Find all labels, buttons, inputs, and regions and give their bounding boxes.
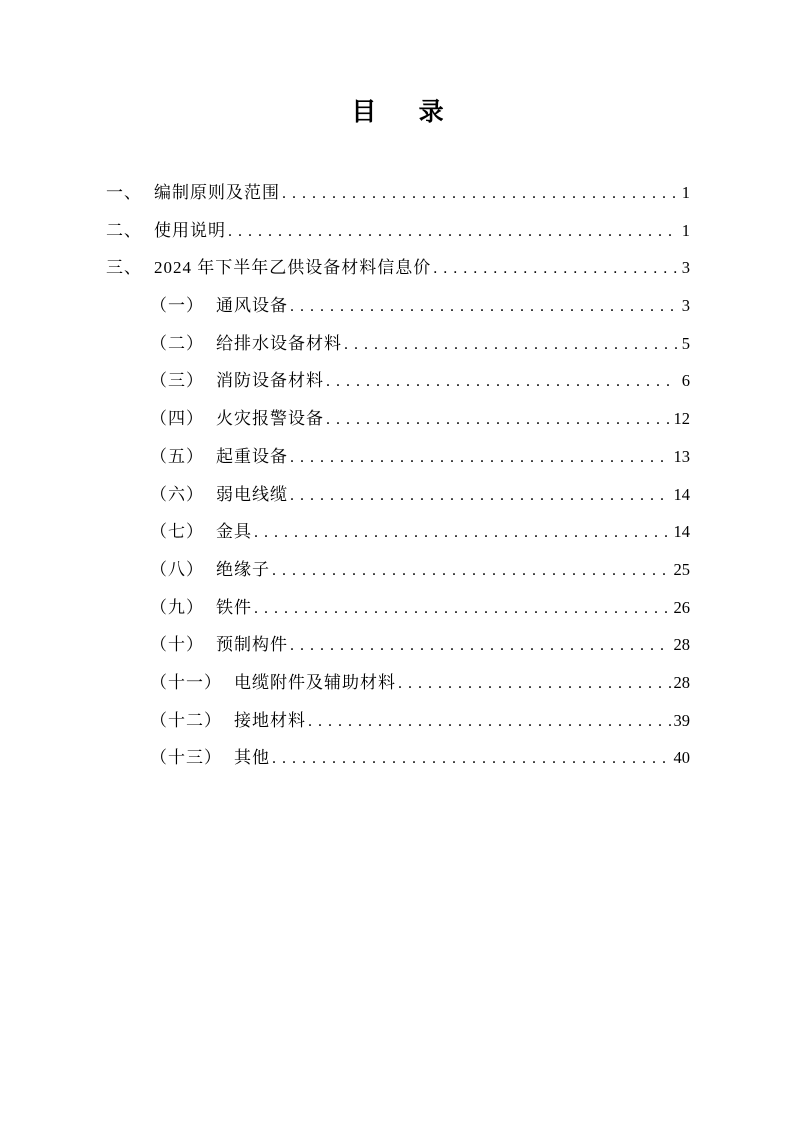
toc-entry-number: 二、 — [106, 212, 142, 250]
toc-dot-leader — [290, 477, 671, 515]
toc-entry[interactable]: （九） 铁件 26 — [106, 589, 690, 627]
toc-dot-leader — [344, 326, 677, 364]
toc-entry-label: 铁件 — [216, 589, 252, 627]
toc-entry-number: （二） — [150, 325, 204, 363]
toc-entry-number: （五） — [150, 438, 204, 476]
toc-page-number: 14 — [674, 513, 691, 551]
toc-dot-leader — [326, 363, 677, 401]
toc-dot-leader — [290, 439, 671, 477]
toc-entry-number: （一） — [150, 287, 204, 325]
toc-entry[interactable]: 二、 使用说明 1 — [106, 212, 690, 250]
toc-dot-leader — [254, 514, 671, 552]
toc-page-number: 14 — [674, 476, 691, 514]
toc-entry-number: （十三） — [150, 739, 222, 777]
toc-page-number: 39 — [674, 702, 691, 740]
toc-page-number: 6 — [680, 362, 690, 400]
toc-entry-number: 三、 — [106, 249, 142, 287]
toc-entry[interactable]: （十一） 电缆附件及辅助材料 28 — [106, 664, 690, 702]
toc-entry-number: （三） — [150, 362, 204, 400]
toc-entry[interactable]: 一、 编制原则及范围 1 — [106, 174, 690, 212]
toc-entry-label: 2024 年下半年乙供设备材料信息价 — [154, 249, 431, 287]
toc-page-number: 26 — [674, 589, 691, 627]
toc-page-number: 28 — [674, 664, 691, 702]
toc-dot-leader — [272, 552, 671, 590]
toc-list: 一、 编制原则及范围 1 二、 使用说明 1 三、 2024 年下半年乙供设备材… — [106, 174, 690, 777]
toc-entry-number: （八） — [150, 551, 204, 589]
toc-page-number: 40 — [674, 739, 691, 777]
toc-entry-label: 预制构件 — [216, 626, 288, 664]
toc-entry[interactable]: （一） 通风设备 3 — [106, 287, 690, 325]
toc-dot-leader — [254, 590, 671, 628]
toc-entry-label: 金具 — [216, 513, 252, 551]
toc-page-number: 28 — [674, 626, 691, 664]
toc-entry[interactable]: （四） 火灾报警设备 12 — [106, 400, 690, 438]
toc-page-number: 3 — [680, 249, 690, 287]
toc-page-number: 25 — [674, 551, 691, 589]
toc-entry-label: 编制原则及范围 — [154, 174, 280, 212]
toc-dot-leader — [433, 250, 677, 288]
toc-entry-label: 通风设备 — [216, 287, 288, 325]
toc-entry-label: 弱电线缆 — [216, 476, 288, 514]
toc-entry-label: 电缆附件及辅助材料 — [234, 664, 396, 702]
toc-entry-label: 给排水设备材料 — [216, 325, 342, 363]
toc-entry-number: （十一） — [150, 664, 222, 702]
toc-entry-label: 火灾报警设备 — [216, 400, 324, 438]
toc-entry[interactable]: （十二） 接地材料 39 — [106, 702, 690, 740]
toc-entry-label: 起重设备 — [216, 438, 288, 476]
toc-entry-number: 一、 — [106, 174, 142, 212]
toc-entry-number: （四） — [150, 400, 204, 438]
toc-entry[interactable]: 三、 2024 年下半年乙供设备材料信息价 3 — [106, 249, 690, 287]
toc-entry-label: 绝缘子 — [216, 551, 270, 589]
toc-dot-leader — [290, 627, 671, 665]
toc-entry-number: （十二） — [150, 702, 222, 740]
toc-page-number: 5 — [680, 325, 690, 363]
toc-entry-label: 消防设备材料 — [216, 362, 324, 400]
toc-entry-label: 使用说明 — [154, 212, 226, 250]
toc-page-number: 1 — [680, 174, 690, 212]
page-title: 目 录 — [106, 0, 690, 128]
toc-entry-number: （六） — [150, 476, 204, 514]
document-page: 目 录 一、 编制原则及范围 1 二、 使用说明 1 三、 2024 年下半年乙… — [0, 0, 794, 1123]
toc-entry[interactable]: （二） 给排水设备材料 5 — [106, 325, 690, 363]
toc-page-number: 13 — [674, 438, 691, 476]
toc-entry[interactable]: （十三） 其他 40 — [106, 739, 690, 777]
toc-entry-label: 接地材料 — [234, 702, 306, 740]
toc-entry[interactable]: （五） 起重设备 13 — [106, 438, 690, 476]
toc-entry[interactable]: （八） 绝缘子 25 — [106, 551, 690, 589]
toc-entry-number: （九） — [150, 589, 204, 627]
toc-dot-leader — [272, 740, 671, 778]
toc-page-number: 1 — [680, 212, 690, 250]
toc-dot-leader — [398, 665, 671, 703]
toc-entry[interactable]: （十） 预制构件 28 — [106, 626, 690, 664]
toc-dot-leader — [282, 175, 677, 213]
toc-dot-leader — [228, 213, 677, 251]
toc-dot-leader — [308, 703, 671, 741]
toc-entry[interactable]: （六） 弱电线缆 14 — [106, 476, 690, 514]
toc-entry-number: （十） — [150, 626, 204, 664]
toc-page-number: 3 — [680, 287, 690, 325]
toc-entry-label: 其他 — [234, 739, 270, 777]
toc-dot-leader — [290, 288, 677, 326]
toc-entry[interactable]: （七） 金具 14 — [106, 513, 690, 551]
toc-entry-number: （七） — [150, 513, 204, 551]
toc-entry[interactable]: （三） 消防设备材料 6 — [106, 362, 690, 400]
toc-dot-leader — [326, 401, 671, 439]
toc-page-number: 12 — [674, 400, 691, 438]
